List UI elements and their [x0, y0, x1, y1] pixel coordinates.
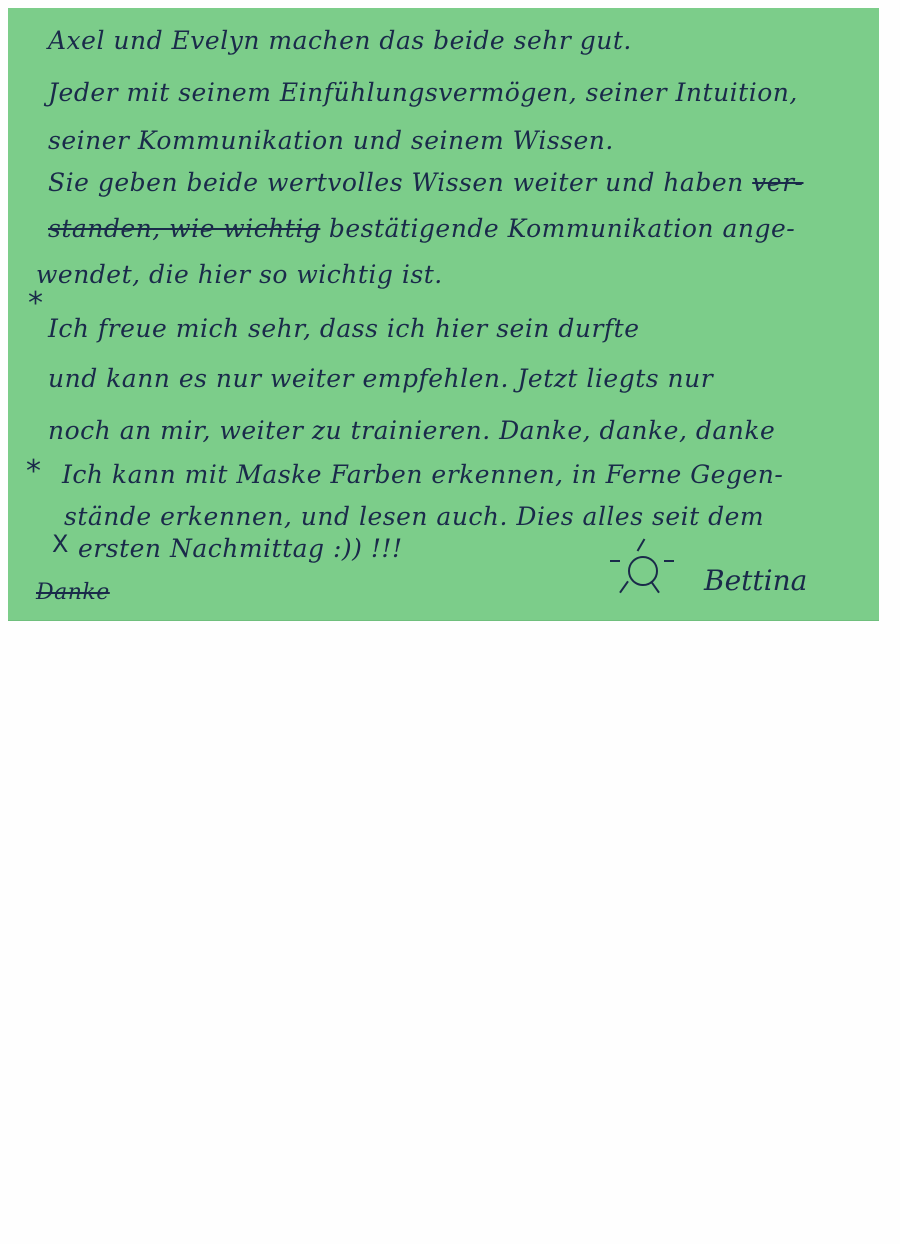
green-note-paper: Axel und Evelyn machen das beide sehr gu… [8, 8, 879, 620]
note-line-5: standen, wie wichtig bestätigende Kommun… [48, 214, 795, 243]
note-line-6: wendet, die hier so wichtig ist. [36, 260, 443, 289]
struck-text: ver- [752, 168, 803, 197]
note-line-4-text: Sie geben beide wertvolles Wissen weiter… [48, 168, 744, 197]
note-line-11: stände erkennen, und lesen auch. Dies al… [64, 502, 764, 531]
note-line-1: Axel und Evelyn machen das beide sehr gu… [48, 26, 632, 55]
cross-mark: X [52, 530, 68, 558]
note-line-10: Ich kann mit Maske Farben erkennen, in F… [62, 460, 783, 489]
note-line-5-text: bestätigende Kommunikation ange- [329, 214, 795, 243]
asterisk-mark: * [28, 286, 43, 321]
note-line-7: Ich freue mich sehr, dass ich hier sein … [48, 314, 640, 343]
note-line-4: Sie geben beide wertvolles Wissen weiter… [48, 168, 804, 197]
note-line-12: ersten Nachmittag :)) !!! [78, 534, 403, 563]
struck-text: standen, wie wichtig [48, 214, 320, 243]
note-line-2: Jeder mit seinem Einfühlungsvermögen, se… [48, 78, 798, 107]
asterisk-mark: * [26, 454, 41, 489]
struck-danke: Danke [36, 580, 110, 605]
note-line-8: und kann es nur weiter empfehlen. Jetzt … [48, 364, 713, 393]
note-line-9: noch an mir, weiter zu trainieren. Danke… [48, 416, 775, 445]
note-line-3: seiner Kommunikation und seinem Wissen. [48, 126, 614, 155]
signature: Bettina [704, 564, 807, 597]
